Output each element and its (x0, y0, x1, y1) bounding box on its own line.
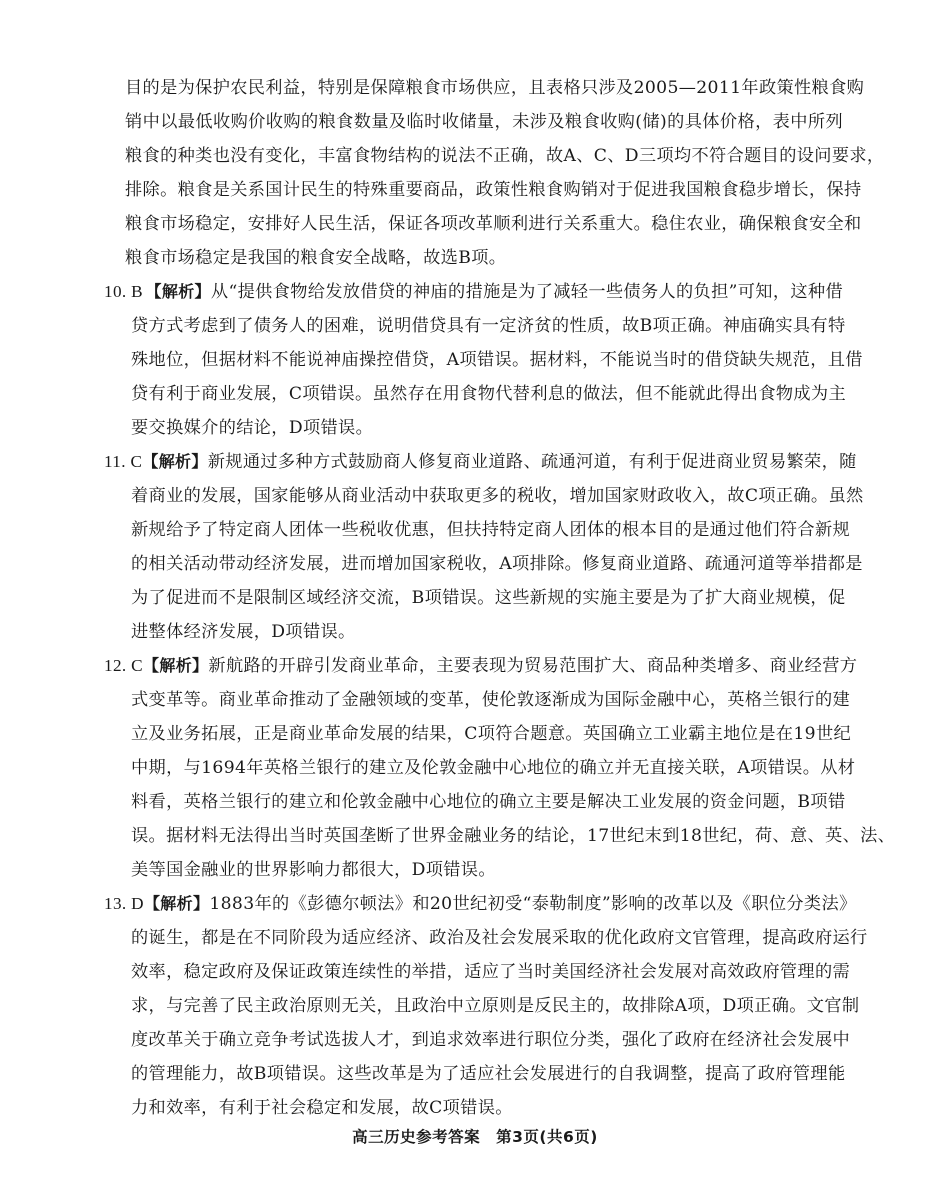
text-line: 1883年的《彭德尔顿法》和20世纪初受“泰勒制度”影响的改革以及《职位分类法》 (209, 887, 856, 921)
text-line: 排除。粮食是关系国计民生的特殊重要商品，政策性粮食购销对于促进我国粮食稳步增长，… (125, 173, 843, 207)
text-line: 贷有利于商业发展，C项错误。虽然存在用食物代替利息的做法，但不能就此得出食物成为… (131, 377, 843, 411)
text-line: 殊地位，但据材料不能说神庙操控借贷，A项错误。据材料，不能说当时的借贷缺失规范，… (131, 343, 843, 377)
analysis-tag: 【解析】 (146, 275, 211, 309)
answer-first-line: 10. B 【解析】 从“提供食物给发放借贷的神庙的措施是为了减轻一些债务人的负… (104, 275, 843, 309)
answer-number: 12. C (104, 649, 143, 683)
text-line: 力和效率，有利于社会稳定和发展，故C项错误。 (131, 1091, 513, 1125)
text-line: 度改革关于确立竞争考试选拔人才，到追求效率进行职位分类，强化了政府在经济社会发展… (131, 1023, 843, 1057)
text-line: 着商业的发展，国家能够从商业活动中获取更多的税收，增加国家财政收入，故C项正确。… (131, 479, 843, 513)
text-line: 为了促进而不是限制区域经济交流，B项错误。这些新规的实施主要是为了扩大商业规模，… (131, 581, 843, 615)
text-line: 误。据材料无法得出当时英国垄断了世界金融业务的结论，17世纪末到18世纪，荷、意… (131, 819, 843, 853)
answer-number: 11. C (104, 445, 142, 479)
text-line: 粮食市场稳定，安排好人民生活，保证各项改革顺利进行关系重大。稳住农业，确保粮食安… (125, 207, 843, 241)
text-line: 销中以最低收购价收购的粮食数量及临时收储量，未涉及粮食收购(储)的具体价格，表中… (125, 105, 843, 139)
text-line: 立及业务拓展，正是商业革命发展的结果，C项符合题意。英国确立工业霸主地位是在19… (131, 717, 843, 751)
page-footer: 高三历史参考答案 第3页(共6页) (0, 1125, 950, 1147)
text-line: 的诞生，都是在不同阶段为适应经济、政治及社会发展采取的优化政府文官管理，提高政府… (131, 921, 843, 955)
text-line: 的管理能力，故B项错误。这些改革是为了适应社会发展进行的自我调整，提高了政府管理… (131, 1057, 843, 1091)
answer-number: 13. D (104, 887, 144, 921)
text-line: 新规通过多种方式鼓励商人修复商业道路、疏通河道，有利于促进商业贸易繁荣，随 (208, 445, 857, 479)
text-line: 的相关活动带动经济发展，进而增加国家税收，A项排除。修复商业道路、疏通河道等举措… (131, 547, 843, 581)
analysis-tag: 【解析】 (142, 445, 207, 479)
answer-first-line: 11. C 【解析】 新规通过多种方式鼓励商人修复商业道路、疏通河道，有利于促进… (104, 445, 843, 479)
text-line: 求，与完善了民主政治原则无关，且政治中立原则是反民主的，故排除A项，D项正确。文… (131, 989, 843, 1023)
text-line: 中期，与1694年英格兰银行的建立及伦敦金融中心地位的确立并无直接关联，A项错误… (131, 751, 843, 785)
text-line: 目的是为保护农民利益，特别是保障粮食市场供应，且表格只涉及2005—2011年政… (125, 71, 843, 105)
text-line: 新规给予了特定商人团体一些税收优惠，但扶持特定商人团体的根本目的是通过他们符合新… (131, 513, 843, 547)
analysis-tag: 【解析】 (144, 887, 209, 921)
text-line: 料看，英格兰银行的建立和伦敦金融中心地位的确立主要是解决工业发展的资金问题，B项… (131, 785, 843, 819)
text-line: 新航路的开辟引发商业革命，主要表现为贸易范围扩大、商品种类增多、商业经营方 (208, 649, 857, 683)
text-line: 式变革等。商业革命推动了金融领域的变革，使伦敦逐渐成为国际金融中心，英格兰银行的… (131, 683, 843, 717)
answer-number: 10. B (104, 275, 146, 309)
analysis-tag: 【解析】 (143, 649, 208, 683)
answer-first-line: 12. C 【解析】 新航路的开辟引发商业革命，主要表现为贸易范围扩大、商品种类… (104, 649, 843, 683)
text-line: 美等国金融业的世界影响力都很大，D项错误。 (131, 853, 496, 887)
text-line: 从“提供食物给发放借贷的神庙的措施是为了减轻一些债务人的负担”可知，这种借 (211, 275, 843, 309)
text-line: 进整体经济发展，D项错误。 (131, 615, 356, 649)
answer-first-line: 13. D 【解析】 1883年的《彭德尔顿法》和20世纪初受“泰勒制度”影响的… (104, 887, 843, 921)
document-page: 目的是为保护农民利益，特别是保障粮食市场供应，且表格只涉及2005—2011年政… (0, 0, 950, 1177)
text-line: 粮食市场稳定是我国的粮食安全战略，故选B项。 (125, 241, 506, 275)
text-line: 粮食的种类也没有变化，丰富食物结构的说法不正确，故A、C、D三项均不符合题目的设… (125, 139, 843, 173)
text-line: 贷方式考虑到了债务人的困难，说明借贷具有一定济贫的性质，故B项正确。神庙确实具有… (131, 309, 843, 343)
text-line: 要交换媒介的结论，D项错误。 (131, 411, 373, 445)
text-line: 效率，稳定政府及保证政策连续性的举措，适应了当时美国经济社会发展对高效政府管理的… (131, 955, 843, 989)
